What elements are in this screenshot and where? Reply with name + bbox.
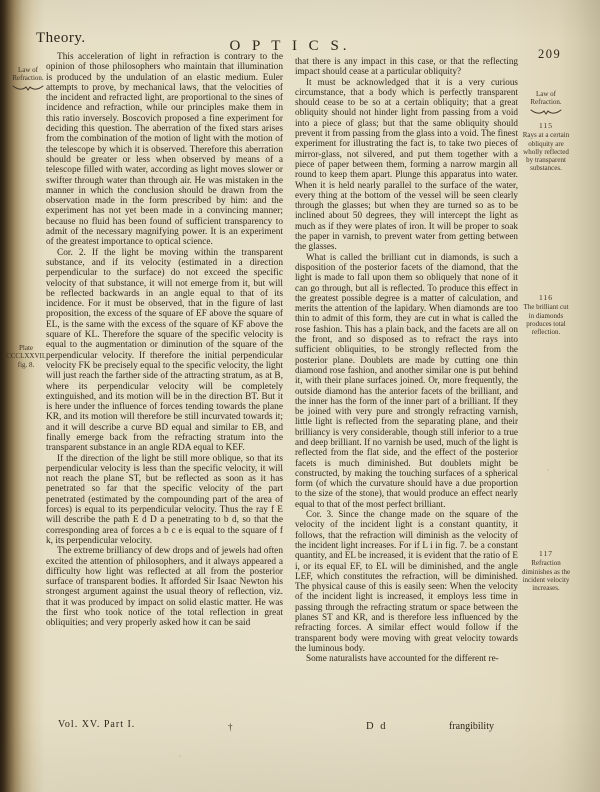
margin-note-text: Law of Refraction. (12, 66, 43, 82)
paragraph-corollary-2: Cor. 2. If the light be moving within th… (46, 248, 283, 454)
margin-note-text: Plate CCCLXXVII. fig. 8. (6, 344, 46, 369)
footer-volume-label: Vol. XV. Part I. (58, 719, 135, 730)
margin-note-text: The brilliant cut in diamonds produces t… (523, 303, 568, 336)
right-text-column: that there is any impact in this case, o… (295, 56, 518, 664)
paragraph-brilliancy-of-dew-drops: The extreme brilliancy of dew drops and … (46, 546, 283, 628)
book-page: Theory. O P T I C S. 209 Law of Refracti… (0, 0, 600, 792)
footer-catchword: frangibility (449, 721, 494, 732)
left-margin-note-law-of-refraction: Law of Refraction. (8, 66, 48, 92)
paragraph-acceleration-of-light: This acceleration of light in refraction… (46, 52, 283, 248)
right-margin-note-law-of-refraction: Law of Refraction. (520, 90, 572, 116)
brace-flourish-icon (530, 108, 562, 116)
right-margin-note-115: 115 Rays at a certain obliquity are whol… (520, 122, 572, 173)
paragraph-impact-continuation: that there is any impact in this case, o… (295, 56, 518, 77)
margin-note-text: Rays at a certain obliquity are wholly r… (523, 131, 569, 172)
paragraph-corollary-3: Cor. 3. Since the change made on the squ… (295, 509, 518, 653)
paragraph-brilliant-cut-diamonds: What is called the brilliant cut in diam… (295, 252, 518, 509)
margin-note-number: 115 (520, 122, 572, 130)
brace-flourish-icon (12, 84, 44, 92)
margin-note-number: 116 (520, 294, 572, 302)
right-margin-note-117: 117 Refraction diminishes as the inciden… (520, 550, 572, 592)
footer-gathering-signature: D d (366, 721, 387, 732)
footer-dagger-signature-mark: † (228, 722, 233, 732)
paragraph-curious-circumstance: It must be acknowledged that it is a ver… (295, 77, 518, 252)
left-margin-note-plate-reference: Plate CCCLXXVII. fig. 8. (4, 344, 48, 369)
right-margin-note-116: 116 The brilliant cut in diamonds produc… (520, 294, 572, 336)
margin-note-text: Law of Refraction. (530, 90, 561, 106)
paragraph-oblique-direction: If the direction of the light be still m… (46, 454, 283, 547)
page-number: 209 (538, 47, 561, 62)
paragraph-some-naturalists: Some naturalists have accounted for the … (295, 653, 518, 663)
margin-note-number: 117 (520, 550, 572, 558)
left-text-column: This acceleration of light in refraction… (46, 52, 283, 629)
margin-note-text: Refraction diminishes as the incident ve… (522, 559, 570, 592)
running-header-section: Theory. (36, 30, 86, 47)
